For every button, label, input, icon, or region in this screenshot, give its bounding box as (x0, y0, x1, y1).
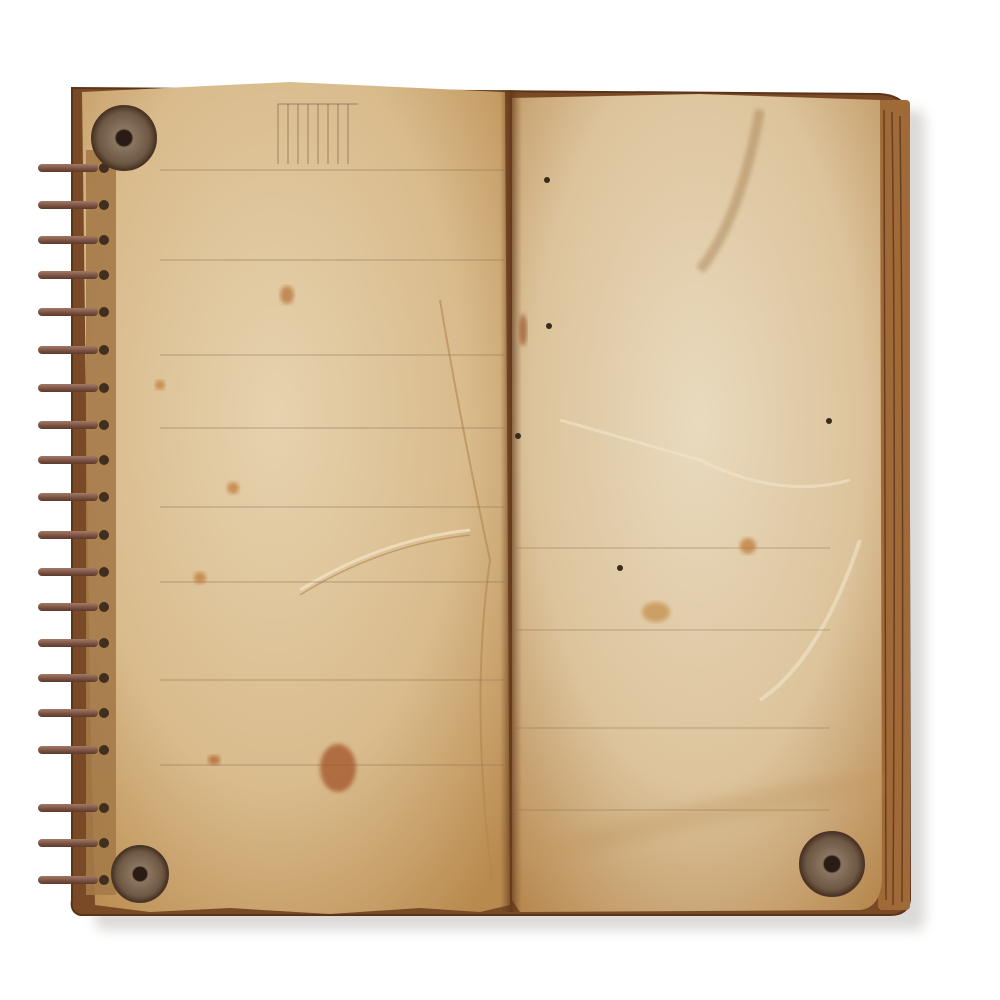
spiral-ring (38, 603, 98, 611)
ring-hole (99, 673, 109, 683)
ring-hole (99, 602, 109, 612)
spiral-ring (38, 236, 98, 244)
hole (546, 323, 552, 329)
spiral-ring (38, 804, 98, 812)
spiral-ring (38, 421, 98, 429)
notebook-illustration (0, 0, 1000, 1000)
stain (280, 286, 294, 304)
hole (826, 418, 832, 424)
stain (208, 755, 220, 765)
binding-strip (86, 150, 116, 895)
ring-hole (99, 638, 109, 648)
hole (617, 565, 623, 571)
spiral-ring (38, 384, 98, 392)
spiral-ring (38, 308, 98, 316)
spiral-ring (38, 568, 98, 576)
spiral-ring (38, 346, 98, 354)
stain (519, 314, 527, 346)
spiral-ring (38, 839, 98, 847)
spiral-ring (38, 709, 98, 717)
ring-hole (99, 803, 109, 813)
stain (155, 380, 165, 390)
ring-hole (99, 745, 109, 755)
bottom-right-rivet-center (824, 856, 840, 872)
ring-hole (99, 838, 109, 848)
top-left-rivet-center (116, 130, 132, 146)
ring-hole (99, 492, 109, 502)
spiral-ring (38, 639, 98, 647)
ring-hole (99, 345, 109, 355)
hole (515, 433, 521, 439)
spiral-ring (38, 746, 98, 754)
notebook-photo: Aged open spiral notebook with torn, sta… (0, 0, 1000, 1000)
spiral-ring (38, 674, 98, 682)
stain (194, 572, 206, 584)
stain (642, 602, 670, 622)
spiral-ring (38, 493, 98, 501)
bottom-left-rivet-center (133, 867, 147, 881)
ring-hole (99, 270, 109, 280)
ring-hole (99, 567, 109, 577)
stain (227, 482, 239, 494)
ring-hole (99, 875, 109, 885)
ring-hole (99, 307, 109, 317)
stain (320, 744, 356, 792)
hole (544, 177, 550, 183)
ring-hole (99, 200, 109, 210)
ring-hole (99, 708, 109, 718)
spiral-ring (38, 876, 98, 884)
spiral-ring (38, 456, 98, 464)
spiral-ring (38, 164, 98, 172)
spiral-ring (38, 201, 98, 209)
spiral-ring (38, 531, 98, 539)
ring-hole (99, 455, 109, 465)
spiral-ring (38, 271, 98, 279)
ring-hole (99, 383, 109, 393)
ring-hole (99, 420, 109, 430)
stain (740, 538, 756, 554)
ring-hole (99, 235, 109, 245)
ring-hole (99, 530, 109, 540)
